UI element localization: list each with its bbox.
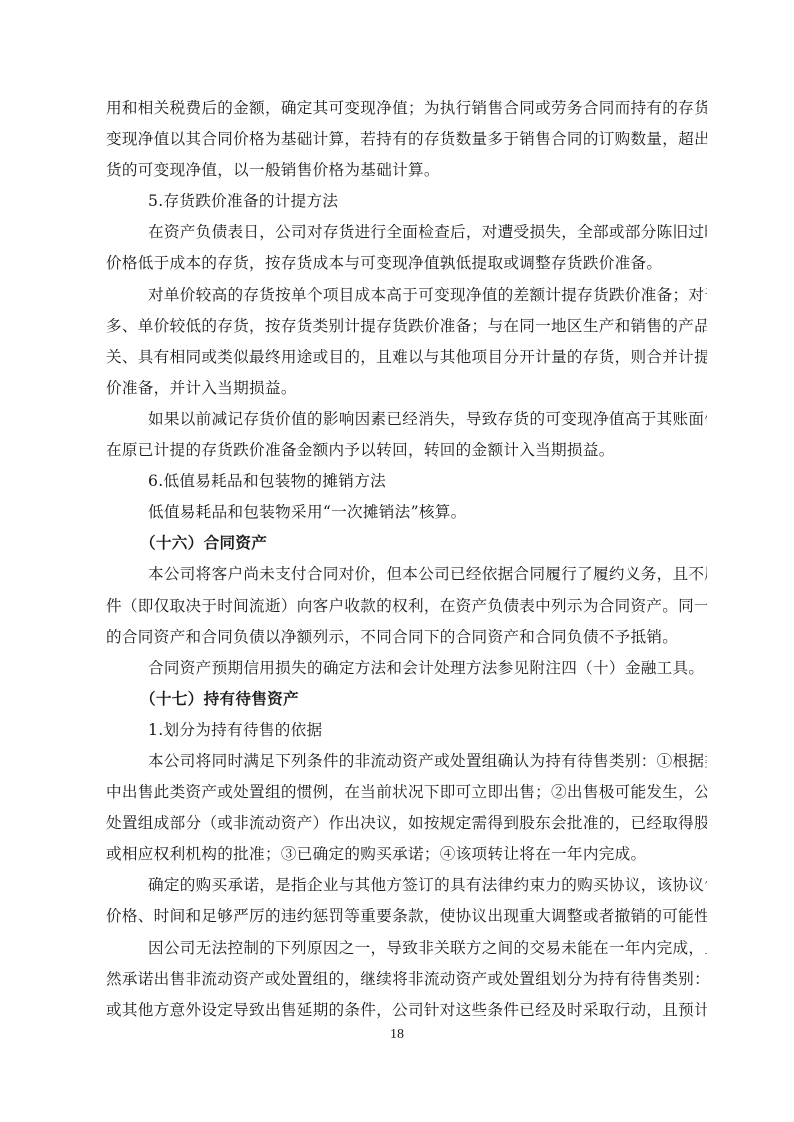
paragraph-line: 处置组成部分（或非流动资产）作出决议，如按规定需得到股东会批准的，已经取得股东大… bbox=[106, 808, 707, 839]
paragraph-line: 在原已计提的存货跌价准备金额内予以转回，转回的金额计入当期损益。 bbox=[106, 435, 707, 466]
paragraph-line: 本公司将同时满足下列条件的非流动资产或处置组确认为持有待售类别：①根据类似交易 bbox=[106, 746, 707, 777]
paragraph-line: 本公司将客户尚未支付合同对价，但本公司已经依据合同履行了履约义务，且不属于无条 bbox=[106, 559, 707, 590]
paragraph-line: 价准备，并计入当期损益。 bbox=[106, 373, 707, 404]
subsection-heading: 1.划分为持有待售的依据 bbox=[106, 715, 707, 746]
paragraph-line: 价格低于成本的存货，按存货成本与可变现净值孰低提取或调整存货跌价准备。 bbox=[106, 248, 707, 279]
paragraph-line: 因公司无法控制的下列原因之一，导致非关联方之间的交易未能在一年内完成，且公司仍 bbox=[106, 933, 707, 964]
section-heading: （十六）合同资产 bbox=[106, 528, 707, 559]
paragraph-line: 货的可变现净值，以一般销售价格为基础计算。 bbox=[106, 155, 707, 186]
paragraph-line: 中出售此类资产或处置组的惯例，在当前状况下即可立即出售；②出售极可能发生，公司已… bbox=[106, 777, 707, 808]
paragraph-line: 关、具有相同或类似最终用途或目的，且难以与其他项目分开计量的存货，则合并计提存货… bbox=[106, 342, 707, 373]
subsection-heading: 6.低值易耗品和包装物的摊销方法 bbox=[106, 466, 707, 497]
subsection-heading: 5.存货跌价准备的计提方法 bbox=[106, 186, 707, 217]
paragraph-line: 的合同资产和合同负债以净额列示，不同合同下的合同资产和合同负债不予抵销。 bbox=[106, 622, 707, 653]
paragraph-line: 在资产负债表日，公司对存货进行全面检查后，对遭受损失，全部或部分陈旧过时或销售 bbox=[106, 217, 707, 248]
document-page: 用和相关税费后的金额，确定其可变现净值；为执行销售合同或劳务合同而持有的存货，其… bbox=[106, 93, 707, 1026]
paragraph-line: 多、单价较低的存货，按存货类别计提存货跌价准备；与在同一地区生产和销售的产品系列… bbox=[106, 311, 707, 342]
page-number: 18 bbox=[0, 1027, 794, 1043]
paragraph-line: 低值易耗品和包装物采用“一次摊销法”核算。 bbox=[106, 497, 707, 528]
paragraph-line: 件（即仅取决于时间流逝）向客户收款的权利，在资产负债表中列示为合同资产。同一合同… bbox=[106, 591, 707, 622]
paragraph-line: 用和相关税费后的金额，确定其可变现净值；为执行销售合同或劳务合同而持有的存货，其… bbox=[106, 93, 707, 124]
paragraph-line: 价格、时间和足够严厉的违约惩罚等重要条款，使协议出现重大调整或者撤销的可能性极小… bbox=[106, 901, 707, 932]
paragraph-line: 合同资产预期信用损失的确定方法和会计处理方法参见附注四（十）金融工具。 bbox=[106, 653, 707, 684]
paragraph-line: 然承诺出售非流动资产或处置组的，继续将非流动资产或处置组划分为持有待售类别：(1… bbox=[106, 964, 707, 995]
paragraph-line: 对单价较高的存货按单个项目成本高于可变现净值的差额计提存货跌价准备；对于数量繁 bbox=[106, 280, 707, 311]
paragraph-line: 变现净值以其合同价格为基础计算，若持有的存货数量多于销售合同的订购数量，超出部分… bbox=[106, 124, 707, 155]
paragraph-line: 如果以前减记存货价值的影响因素已经消失，导致存货的可变现净值高于其账面价值的， bbox=[106, 404, 707, 435]
paragraph-line: 确定的购买承诺，是指企业与其他方签订的具有法律约束力的购买协议，该协议包含交易 bbox=[106, 870, 707, 901]
section-heading: （十七）持有待售资产 bbox=[106, 684, 707, 715]
paragraph-line: 或相应权利机构的批准；③已确定的购买承诺；④该项转让将在一年内完成。 bbox=[106, 839, 707, 870]
paragraph-line: 或其他方意外设定导致出售延期的条件，公司针对这些条件已经及时采取行动，且预计能够… bbox=[106, 995, 707, 1026]
